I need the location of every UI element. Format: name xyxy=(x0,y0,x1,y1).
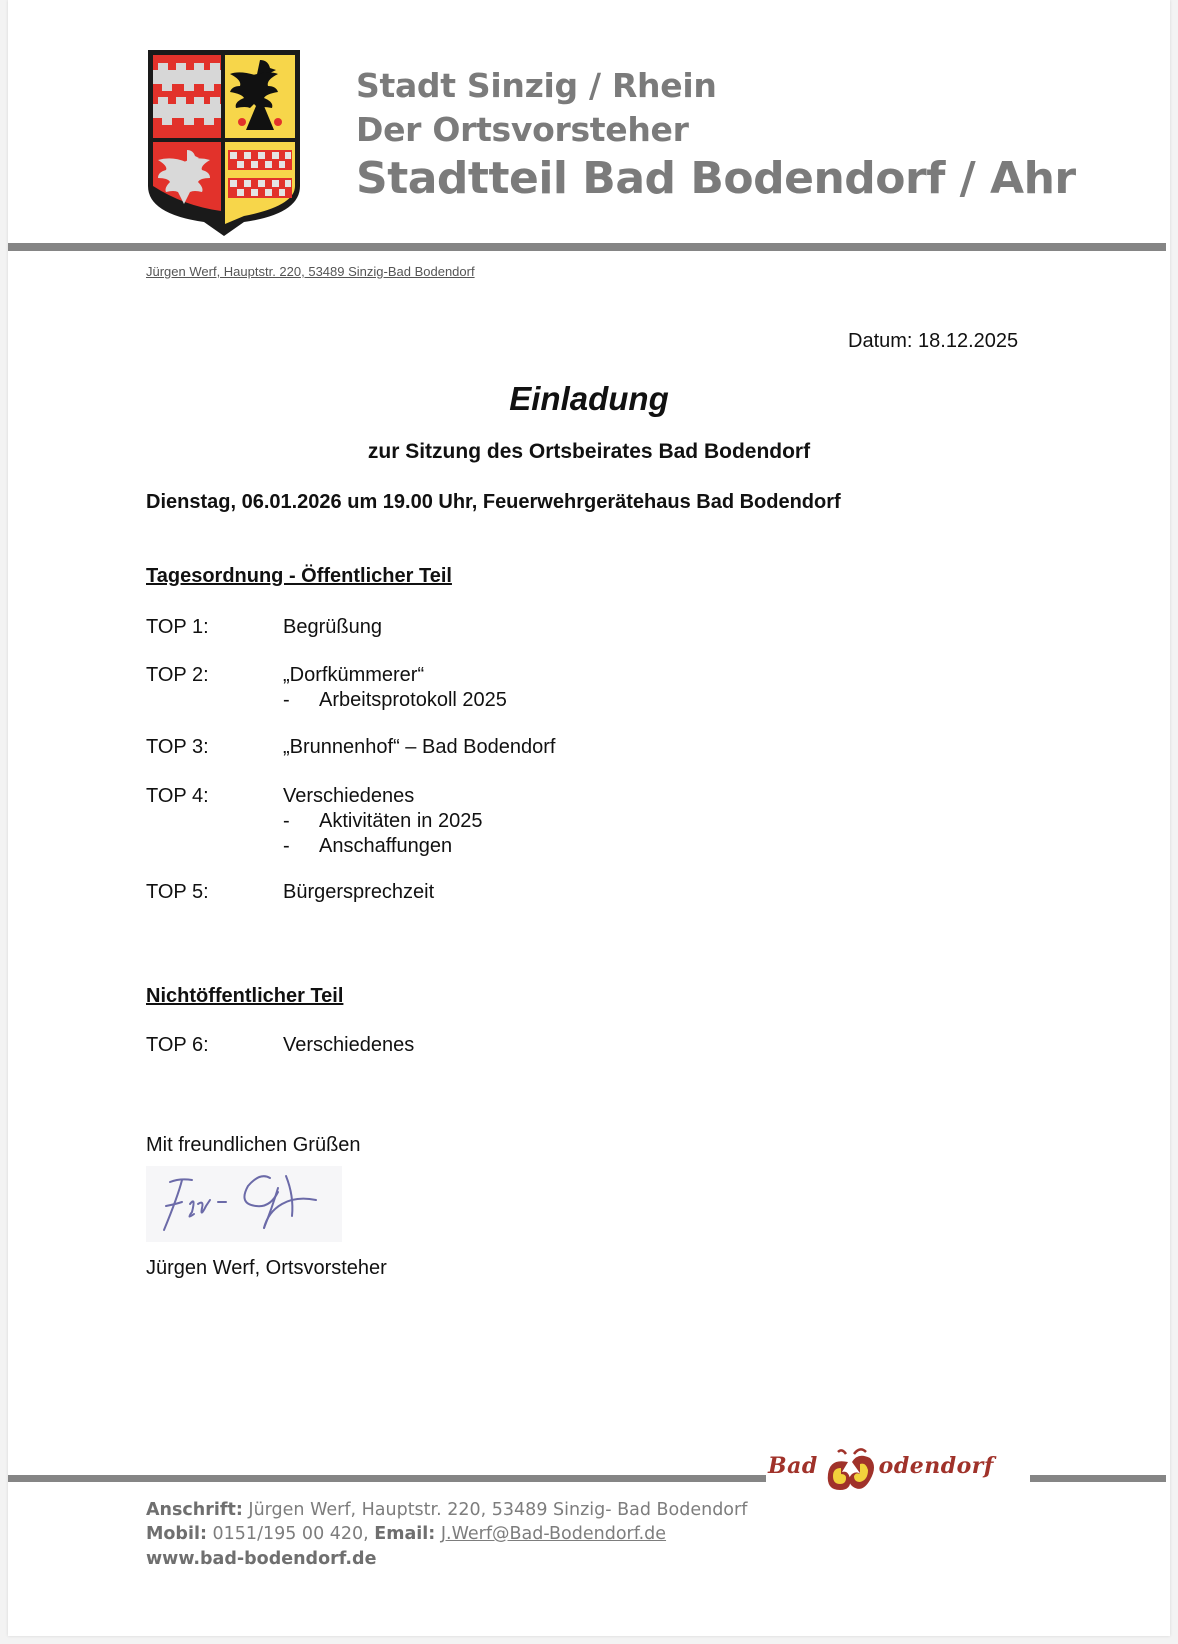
agenda-item-number: TOP 5: xyxy=(146,880,209,905)
agenda-subitem: -Aktivitäten in 2025 xyxy=(283,809,482,834)
document-date: Datum: 18.12.2025 xyxy=(848,330,1018,353)
agenda-subitem: -Anschaffungen xyxy=(283,834,482,859)
agenda-item-number: TOP 1: xyxy=(146,615,209,640)
footer-divider xyxy=(8,1475,766,1482)
header-office: Der Ortsvorsteher xyxy=(356,110,689,149)
agenda-item-title: Verschiedenes xyxy=(283,784,482,809)
butterfly-icon xyxy=(826,1448,876,1494)
footer-contact: Mobil: 0151/195 00 420, Email: J.Werf@Ba… xyxy=(146,1524,666,1544)
agenda-item-number: TOP 4: xyxy=(146,784,209,809)
sender-address-line: Jürgen Werf, Hauptstr. 220, 53489 Sinzig… xyxy=(146,264,475,279)
agenda-item-title: Verschiedenes xyxy=(283,1033,414,1058)
header-city: Stadt Sinzig / Rhein xyxy=(356,66,717,105)
agenda-item-title: Bürgersprechzeit xyxy=(283,880,434,905)
footer-address: Anschrift: Jürgen Werf, Hauptstr. 220, 5… xyxy=(146,1500,747,1520)
agenda-item-title: „Dorfkümmerer“ xyxy=(283,663,507,688)
coat-of-arms-icon xyxy=(144,46,304,238)
document-title: Einladung xyxy=(0,380,1178,418)
meeting-date-location: Dienstag, 06.01.2026 um 19.00 Uhr, Feuer… xyxy=(146,491,841,514)
document-subtitle: zur Sitzung des Ortsbeirates Bad Bodendo… xyxy=(0,440,1178,464)
agenda-item-title: „Brunnenhof“ – Bad Bodendorf xyxy=(283,735,555,760)
agenda-item-title: Begrüßung xyxy=(283,615,382,640)
header-divider xyxy=(8,243,1166,251)
private-agenda-heading: Nichtöffentlicher Teil xyxy=(146,985,343,1008)
signature-image xyxy=(146,1166,342,1242)
footer-divider xyxy=(1030,1475,1166,1482)
closing-greeting: Mit freundlichen Grüßen xyxy=(146,1134,361,1157)
header-district: Stadtteil Bad Bodendorf / Ahr xyxy=(356,153,1076,204)
agenda-item-number: TOP 2: xyxy=(146,663,209,688)
agenda-subitem: -Arbeitsprotokoll 2025 xyxy=(283,688,507,713)
footer-website[interactable]: www.bad-bodendorf.de xyxy=(146,1549,376,1569)
agenda-item-number: TOP 3: xyxy=(146,735,209,760)
signer-name: Jürgen Werf, Ortsvorsteher xyxy=(146,1257,387,1280)
bad-bodendorf-logo: Bad odendorf xyxy=(768,1448,994,1498)
agenda-item-number: TOP 6: xyxy=(146,1033,209,1058)
public-agenda-heading: Tagesordnung - Öffentlicher Teil xyxy=(146,565,452,588)
email-link[interactable]: J.Werf@Bad-Bodendorf.de xyxy=(441,1524,666,1544)
